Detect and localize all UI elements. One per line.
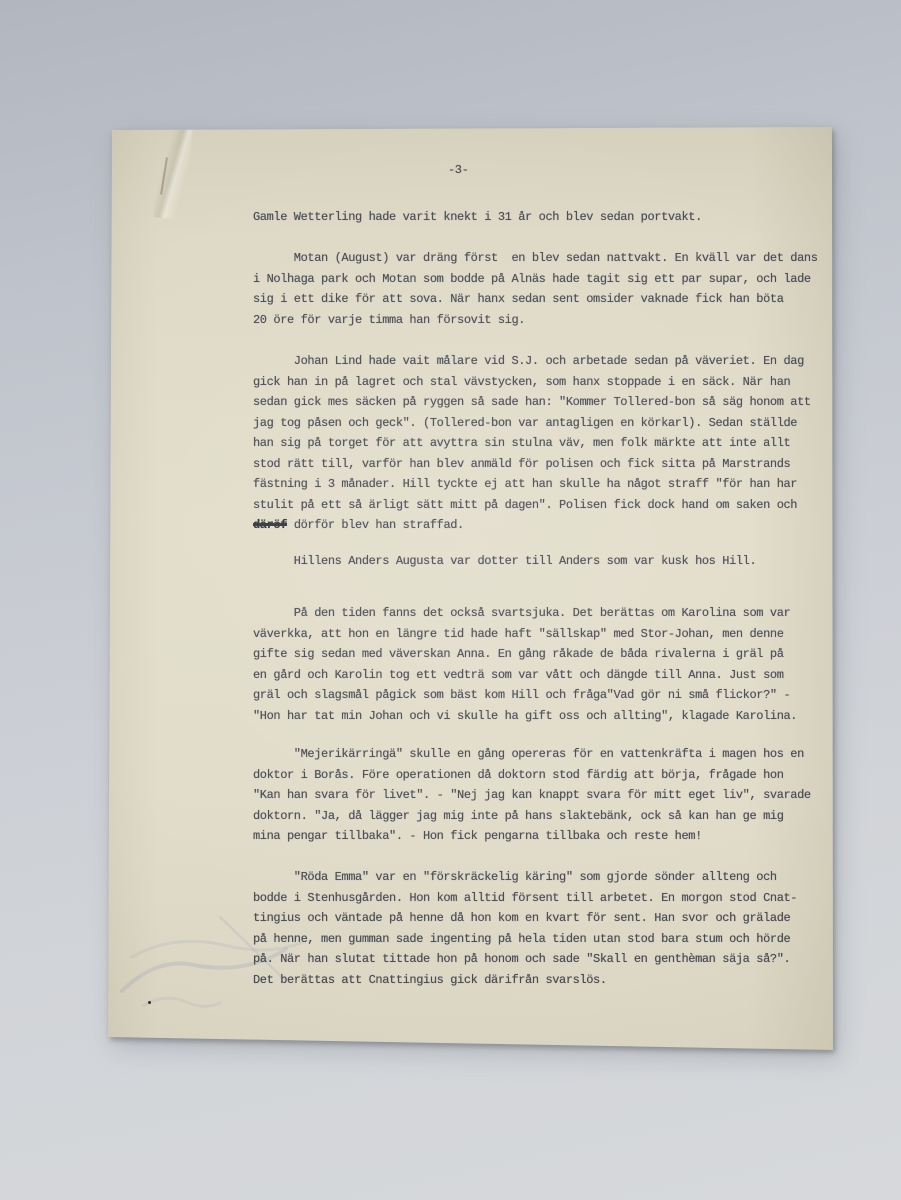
text-line: väverkka, att hon en längre tid hade haf… — [253, 624, 839, 645]
text-line: bodde i Stenhusgården. Hon kom alltid fö… — [253, 888, 839, 909]
text-line: Gamle Wetterling hade varit knekt i 31 å… — [253, 207, 839, 228]
paragraph-johan-lind: Johan Lind hade vait målare vid S.J. och… — [253, 351, 839, 536]
text-line: på henne, men gumman sade ingenting på h… — [253, 929, 839, 950]
ink-dot — [148, 1001, 151, 1004]
text-line: "Mejerikärringä" skulle en gång opereras… — [253, 744, 839, 765]
text-line: på. När han slutat tittade hon på honom … — [253, 949, 839, 970]
paragraph-hillens-anders: Hillens Anders Augusta var dotter till A… — [253, 551, 839, 572]
text-line: mina pengar tillbaka". - Hon fick pengar… — [253, 826, 839, 847]
text-line: gick han in på lagret och stal vävstycke… — [253, 372, 839, 393]
text-line: i Nolhaga park och Motan som bodde på Al… — [253, 269, 839, 290]
text-line: "Röda Emma" var en "förskräckelig käring… — [253, 867, 839, 888]
text-line: Hillens Anders Augusta var dotter till A… — [253, 551, 839, 572]
text-segment: dörför blev han straffad. — [287, 518, 464, 532]
text-line: På den tiden fanns det också svartsjuka.… — [253, 603, 839, 624]
text-line: "Hon har tat min Johan och vi skulle ha … — [253, 706, 839, 727]
paragraph-roda-emma: "Röda Emma" var en "förskräckelig käring… — [253, 867, 839, 990]
paper-scratch-mark — [160, 157, 168, 195]
struck-out-word: däröf — [253, 518, 287, 532]
text-line: doktor i Borås. Före operationen då dokt… — [253, 765, 839, 786]
text-line: stod rätt till, varför han blev anmäld f… — [253, 454, 839, 475]
paragraph-wetterling: Gamle Wetterling hade varit knekt i 31 å… — [253, 207, 839, 228]
text-line: stulit på ett så ärligt sätt mitt på dag… — [253, 495, 839, 516]
text-line: fästning i 3 månader. Hill tyckte ej att… — [253, 474, 839, 495]
paragraph-karolina: På den tiden fanns det också svartsjuka.… — [253, 603, 839, 726]
text-line: gräl och slagsmål pågick som bäst kom Hi… — [253, 685, 839, 706]
paragraph-motan: Motan (August) var dräng först en blev s… — [253, 248, 839, 330]
paper-sheet-wrapper: -3- Gamle Wetterling hade varit knekt i … — [108, 127, 835, 1051]
page-number: -3- — [448, 163, 468, 177]
text-line: gifte sig sedan med väverskan Anna. En g… — [253, 644, 839, 665]
text-line: Motan (August) var dräng först en blev s… — [253, 248, 839, 269]
text-line: "Kan han svara för livet". - "Nej jag ka… — [253, 785, 839, 806]
paper-crease — [153, 126, 192, 221]
text-line: Det berättas att Cnattingius gick därifr… — [253, 970, 839, 991]
text-line: sig i ett dike för att sova. När hanx se… — [253, 289, 839, 310]
text-line: sedan gick mes säcken på ryggen så sade … — [253, 392, 839, 413]
text-line: han sig på torget för att avyttra sin st… — [253, 433, 839, 454]
text-line: jag tog påsen och geck". (Tollered-bon v… — [253, 413, 839, 434]
photo-background: -3- Gamle Wetterling hade varit knekt i … — [0, 0, 901, 1200]
text-line: en gård och Karolin tog ett vedträ som v… — [253, 665, 839, 686]
text-line: doktorn. "Ja, då lägger jag mig inte på … — [253, 806, 839, 827]
text-line: Johan Lind hade vait målare vid S.J. och… — [253, 351, 839, 372]
text-line: däröf dörför blev han straffad. — [253, 515, 839, 536]
paragraph-mejerikarring: "Mejerikärringä" skulle en gång opereras… — [253, 744, 839, 847]
text-line: tingius och väntade på henne då hon kom … — [253, 908, 839, 929]
text-line: 20 öre för varje timma han försovit sig. — [253, 310, 839, 331]
typewritten-page: -3- Gamle Wetterling hade varit knekt i … — [108, 127, 835, 1051]
